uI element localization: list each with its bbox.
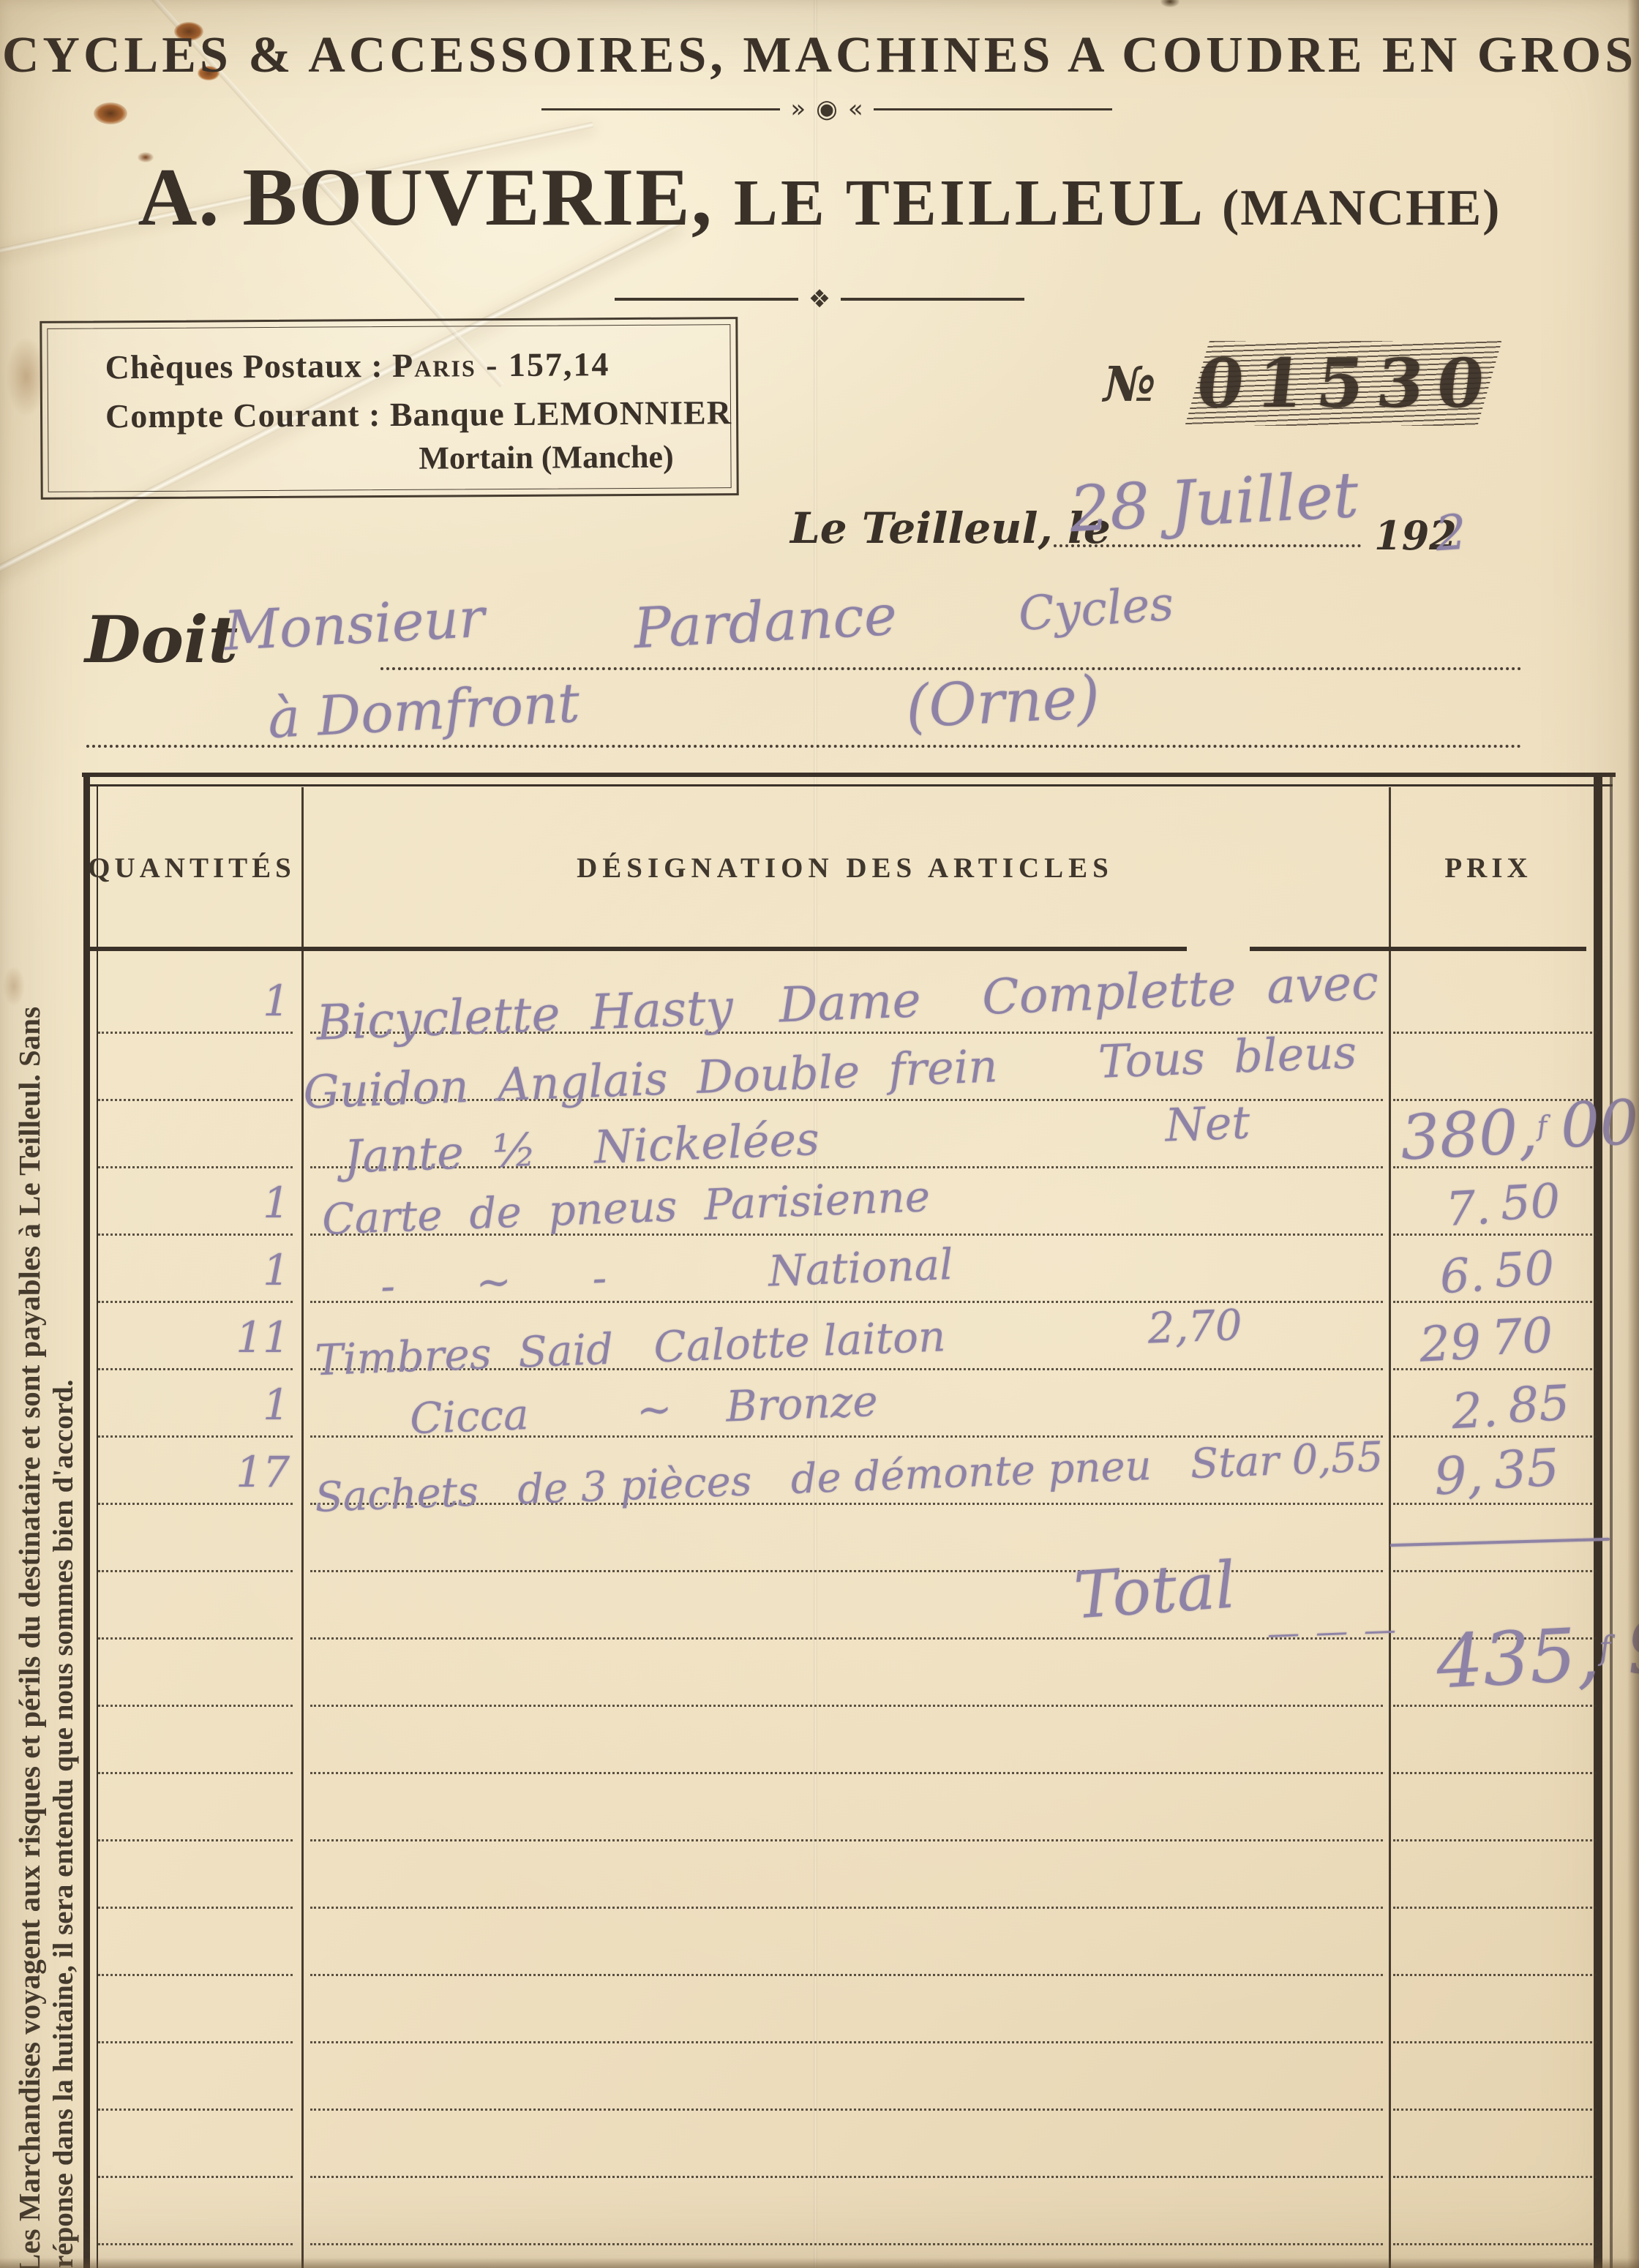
row-dotted-rule [98, 1435, 293, 1438]
row-dotted-rule [1393, 1503, 1597, 1505]
row-dotted-rule [98, 1637, 293, 1640]
row-dotted-rule [98, 1099, 293, 1101]
row-dotted-rule [1393, 1907, 1597, 1909]
row-dotted-rule [98, 2243, 293, 2245]
total-value-main: 435, [1434, 1611, 1601, 1705]
row-quantity: 1 [165, 1181, 290, 1225]
row-dotted-rule [98, 1233, 293, 1236]
scan-edge-bottom [0, 2258, 1639, 2268]
row-designation: Timbres Said Calotte laiton 2,70 [314, 1303, 1243, 1383]
row-dotted-rule [310, 2109, 1383, 2111]
row-dotted-rule [310, 1839, 1383, 1841]
row-dotted-rule [98, 1772, 293, 1774]
row-dotted-rule [310, 1974, 1383, 1976]
row-quantity: 1 [165, 1383, 290, 1427]
row-dotted-rule [1393, 2041, 1597, 2043]
row-designation: Cicca ~ Bronze [409, 1379, 879, 1441]
row-dotted-rule [98, 2176, 293, 2178]
row-dotted-rule [1393, 2109, 1597, 2111]
row-dotted-rule [1393, 1974, 1597, 1976]
row-dotted-rule [98, 1839, 293, 1841]
row-price: 2970 [1418, 1313, 1554, 1370]
row-dotted-rule [98, 2041, 293, 2043]
row-quantity: 17 [165, 1450, 290, 1495]
row-dotted-rule [98, 1166, 293, 1168]
total-francs-sign: f [1598, 1629, 1612, 1667]
table-rows-layer: 1Bicyclette Hasty Dame Complette avecGui… [0, 0, 1639, 2268]
total-value: 435,f90 [1338, 1533, 1639, 1783]
total-label: Total [1072, 1551, 1238, 1630]
row-dotted-rule [98, 1907, 293, 1909]
scan-edge-right [1627, 0, 1639, 2268]
row-designation: - ~ - National [380, 1242, 954, 1309]
row-dotted-rule [310, 1907, 1383, 1909]
row-dotted-rule [98, 1503, 293, 1505]
row-dotted-rule [310, 1637, 1383, 1640]
row-dotted-rule [1393, 1839, 1597, 1841]
row-quantity: 1 [165, 1248, 290, 1293]
row-dotted-rule [98, 1974, 293, 1976]
row-dotted-rule [98, 1032, 293, 1034]
row-price: 380,f00 [1399, 1094, 1639, 1171]
row-dotted-rule [1393, 1032, 1597, 1034]
row-dotted-rule [98, 1705, 293, 1707]
row-price: 6.50 [1439, 1247, 1556, 1302]
row-dotted-rule [1393, 2176, 1597, 2178]
row-dotted-rule [1393, 2243, 1597, 2245]
row-dotted-rule [310, 2243, 1383, 2245]
row-price: 7.50 [1444, 1180, 1561, 1235]
row-quantity: 11 [165, 1315, 290, 1360]
row-designation: Sachets de 3 pièces de démonte pneu Star… [314, 1436, 1384, 1520]
row-dotted-rule [310, 2176, 1383, 2178]
row-dotted-rule [98, 2109, 293, 2111]
row-dotted-rule [310, 2041, 1383, 2043]
row-dotted-rule [310, 1772, 1383, 1774]
row-dotted-rule [98, 1368, 293, 1370]
row-quantity: 1 [165, 979, 290, 1024]
row-dotted-rule [310, 1705, 1383, 1707]
row-dotted-rule [98, 1570, 293, 1572]
row-dotted-rule [1393, 1233, 1597, 1236]
row-price: 9,35 [1433, 1444, 1561, 1504]
row-dotted-rule [98, 1301, 293, 1303]
invoice-document: CYCLES & ACCESSOIRES, MACHINES A COUDRE … [0, 0, 1639, 2268]
row-dotted-rule [1393, 1301, 1597, 1303]
row-designation: Carte de pneus Parisienne [321, 1174, 931, 1242]
row-price: 2.85 [1450, 1381, 1571, 1438]
